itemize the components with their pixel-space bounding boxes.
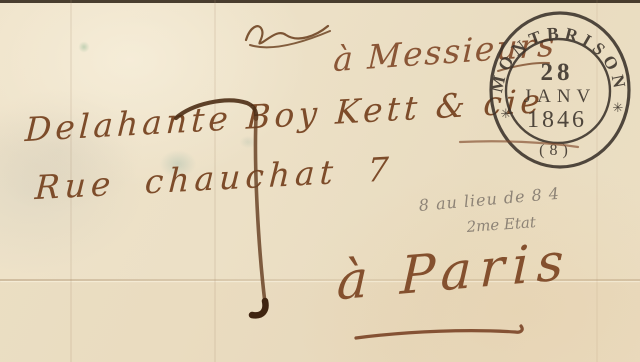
scan-top-edge xyxy=(0,0,640,3)
pencil-note-line1: 8 au lieu de 8 4 xyxy=(418,184,561,215)
pencil-note-line2: 2me Etat xyxy=(466,213,536,236)
salutation-script: à Messieurs xyxy=(333,24,557,79)
cie-tail-stroke xyxy=(460,141,578,147)
letter-cover-scan: à Messieurs Delahante Boy Kett & cie Rue… xyxy=(0,0,640,362)
postmark-bureau: (8) xyxy=(539,142,573,159)
paraph-flourish-tail xyxy=(250,31,330,47)
addressee-script: Delahante Boy Kett & cie xyxy=(24,81,545,149)
street-script: Rue chauchat 7 xyxy=(34,149,395,207)
fleuron-icon-right: ✳ xyxy=(613,101,624,116)
paraph-flourish xyxy=(246,26,328,43)
